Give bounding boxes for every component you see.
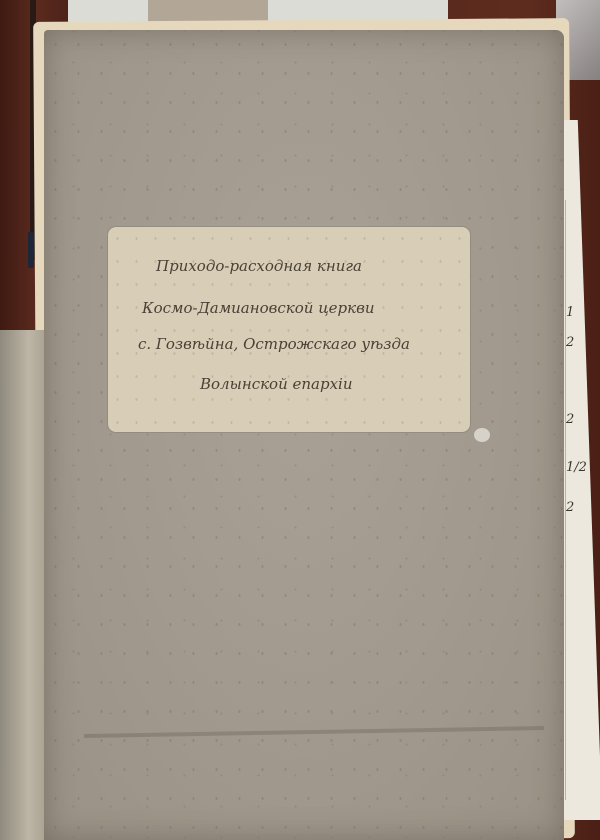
margin-mark: 2 (566, 412, 574, 427)
label-line-eparchy: Волынской епархіи (200, 375, 562, 393)
title-label: Приходо-расходная книга Космо-Дамиановск… (108, 227, 470, 432)
wax-stain (474, 428, 490, 442)
binder-clip (28, 232, 34, 268)
margin-mark: 2 (566, 335, 574, 350)
photo-scene: 1 2 2 1/2 2 Приходо-расходная книга Косм… (0, 0, 600, 840)
label-line-village: с. Гозвѣйна, Острожскаго уѣзда (138, 335, 500, 353)
margin-mark: 1 (566, 305, 574, 320)
cloth-strap (0, 330, 48, 840)
margin-mark: 2 (566, 500, 574, 515)
label-line-church: Космо-Дамиановской церкви (142, 299, 504, 317)
label-line-title: Приходо-расходная книга (156, 257, 518, 275)
margin-mark: 1/2 (566, 460, 587, 475)
